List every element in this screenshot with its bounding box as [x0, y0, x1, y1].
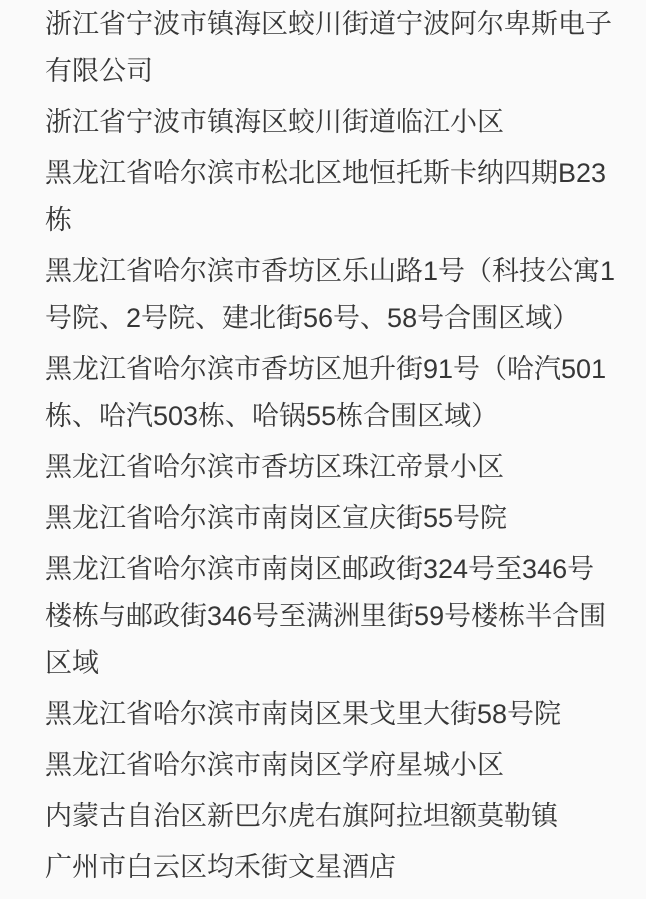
address-item: 广州市白云区均禾街文星酒店: [45, 844, 608, 891]
address-item: 黑龙江省哈尔滨市南岗区邮政街324号至346号 楼栋与邮政街346号至满洲里街5…: [45, 546, 608, 687]
address-item: 黑龙江省哈尔滨市南岗区果戈里大街58号院: [45, 691, 608, 738]
address-item: 黑龙江省哈尔滨市香坊区乐山路1号（科技公寓1 号院、2号院、建北街56号、58号…: [45, 248, 608, 342]
address-item: 黑龙江省哈尔滨市松北区地恒托斯卡纳四期B23 栋: [45, 150, 608, 244]
address-item: 浙江省宁波市镇海区蛟川街道宁波阿尔卑斯电子 有限公司: [45, 1, 608, 95]
address-item: 浙江省宁波市镇海区蛟川街道临江小区: [45, 99, 608, 146]
address-item: 黑龙江省哈尔滨市南岗区学府星城小区: [45, 742, 608, 789]
address-item: 黑龙江省哈尔滨市南岗区宣庆街55号院: [45, 495, 608, 542]
address-list: 浙江省宁波市镇海区蛟川街道宁波阿尔卑斯电子 有限公司 浙江省宁波市镇海区蛟川街道…: [0, 0, 646, 899]
address-item: 黑龙江省哈尔滨市香坊区旭升街91号（哈汽501 栋、哈汽503栋、哈锅55栋合围…: [45, 346, 608, 440]
address-item: 内蒙古自治区新巴尔虎右旗阿拉坦额莫勒镇: [45, 793, 608, 840]
address-item: 黑龙江省哈尔滨市香坊区珠江帝景小区: [45, 444, 608, 491]
